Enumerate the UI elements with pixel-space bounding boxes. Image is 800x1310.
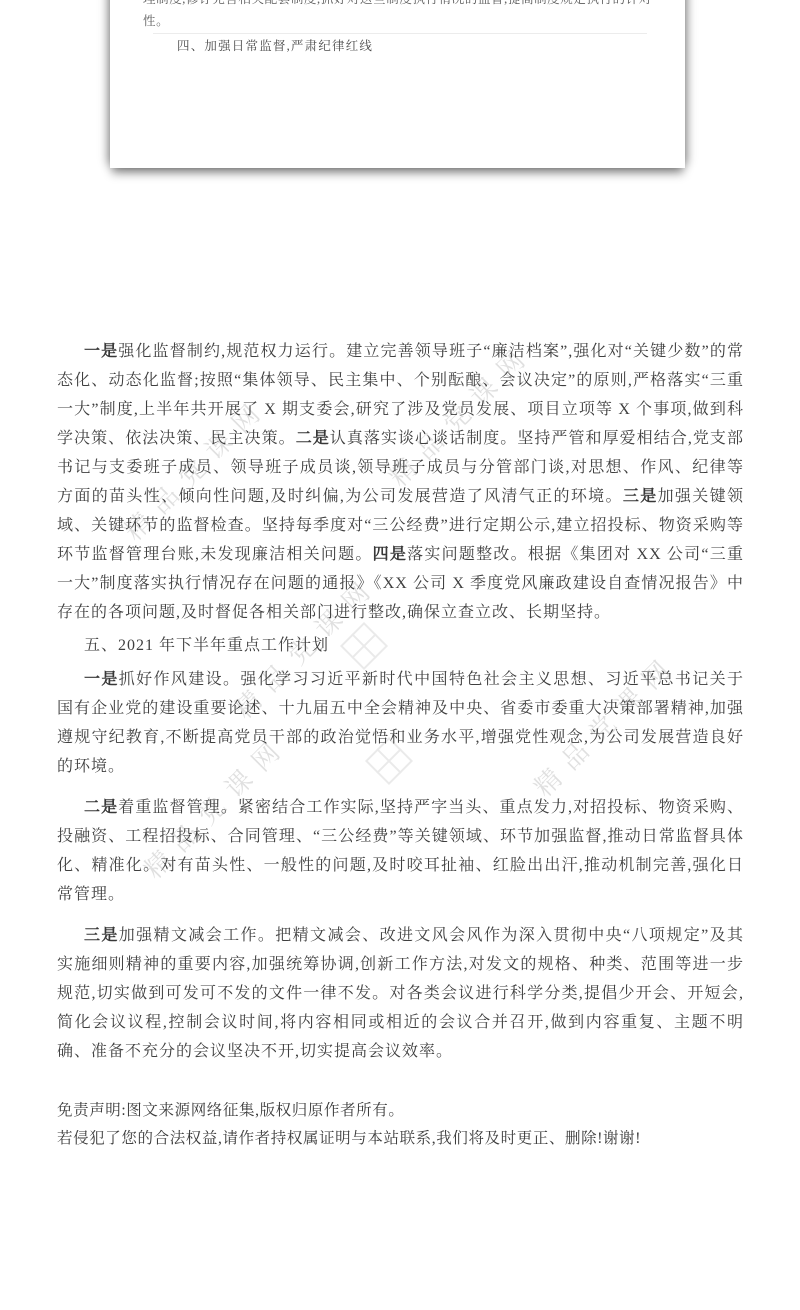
paragraph: 二是着重监督管理。紧密结合工作实际,坚持严字当头、重点发力,对招投标、物资采购、… [57, 793, 744, 909]
disclaimer-line: 免责声明:图文来源网络征集,版权归原作者所有。 [57, 1097, 757, 1125]
document-preview-page: 精品党课网 精品党课网 精品党课网 精品党课网 精品党课网 理制度,修订完善相关… [0, 0, 800, 1310]
paragraph: 一是抓好作风建设。强化学习习近平新时代中国特色社会主义思想、习近平总书记关于国有… [57, 665, 744, 781]
article-body: 一是强化监督制约,规范权力运行。建立完善领导班子“廉洁档案”,强化对“关键少数”… [57, 337, 744, 1078]
section-heading: 五、2021 年下半年重点工作计划 [57, 631, 744, 660]
preview-divider [153, 33, 647, 34]
preview-carryover-line: 性。 [143, 10, 679, 32]
document-page-thumbnail: 理制度,修订完善相关配套制度,抓好对这些制度执行情况的监督,提高制度规定执行的针… [110, 0, 685, 168]
disclaimer: 免责声明:图文来源网络征集,版权归原作者所有。 若侵犯了您的合法权益,请作者持权… [57, 1097, 757, 1152]
preview-section-heading: 四、加强日常监督,严肃纪律红线 [143, 35, 679, 57]
preview-clipped-line: 理制度,修订完善相关配套制度,抓好对这些制度执行情况的监督,提高制度规定执行的针… [143, 0, 679, 10]
disclaimer-line: 若侵犯了您的合法权益,请作者持权属证明与本站联系,我们将及时更正、删除!谢谢! [57, 1125, 757, 1153]
paragraph: 三是加强精文减会工作。把精文减会、改进文风会风作为深入贯彻中央“八项规定”及其实… [57, 921, 744, 1066]
paragraph: 一是强化监督制约,规范权力运行。建立完善领导班子“廉洁档案”,强化对“关键少数”… [57, 337, 744, 627]
